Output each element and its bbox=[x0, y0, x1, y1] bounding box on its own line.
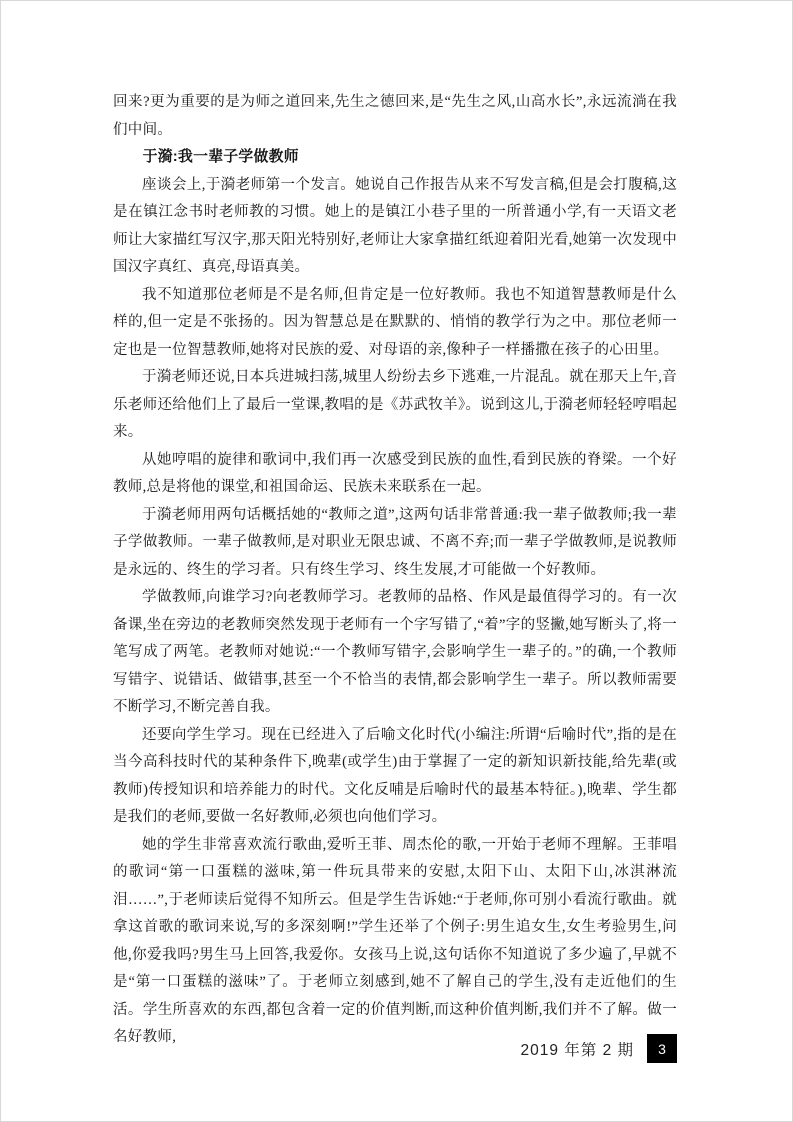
page-footer: 2019 年第 2 期 3 bbox=[520, 1034, 677, 1063]
article-body: 回来?更为重要的是为师之道回来,先生之德回来,是“先生之风,山高水长”,永远流淌… bbox=[113, 89, 677, 1052]
paragraph: 从她哼唱的旋律和歌词中,我们再一次感受到民族的血性,看到民族的脊梁。一个好教师,… bbox=[113, 447, 677, 502]
document-page: 回来?更为重要的是为师之道回来,先生之德回来,是“先生之风,山高水长”,永远流淌… bbox=[0, 0, 793, 1122]
section-heading: 于漪:我一辈子学做教师 bbox=[113, 144, 677, 172]
paragraph: 于漪老师用两句话概括她的“教师之道”,这两句话非常普通:我一辈子做教师;我一辈子… bbox=[113, 502, 677, 585]
paragraph: 还要向学生学习。现在已经进入了后喻文化时代(小编注:所谓“后喻时代”,指的是在当… bbox=[113, 722, 677, 832]
issue-label: 2019 年第 2 期 bbox=[520, 1038, 634, 1060]
paragraph: 她的学生非常喜欢流行歌曲,爱听王菲、周杰伦的歌,一开始于老师不理解。王菲唱的歌词… bbox=[113, 832, 677, 1052]
paragraph: 回来?更为重要的是为师之道回来,先生之德回来,是“先生之风,山高水长”,永远流淌… bbox=[113, 89, 677, 144]
paragraph: 我不知道那位老师是不是名师,但肯定是一位好教师。我也不知道智慧教师是什么样的,但… bbox=[113, 282, 677, 365]
page-number-badge: 3 bbox=[647, 1034, 677, 1063]
paragraph: 座谈会上,于漪老师第一个发言。她说自己作报告从来不写发言稿,但是会打腹稿,这是在… bbox=[113, 172, 677, 282]
paragraph: 于漪老师还说,日本兵进城扫荡,城里人纷纷去乡下逃难,一片混乱。就在那天上午,音乐… bbox=[113, 364, 677, 447]
paragraph: 学做教师,向谁学习?向老教师学习。老教师的品格、作风是最值得学习的。有一次备课,… bbox=[113, 584, 677, 722]
